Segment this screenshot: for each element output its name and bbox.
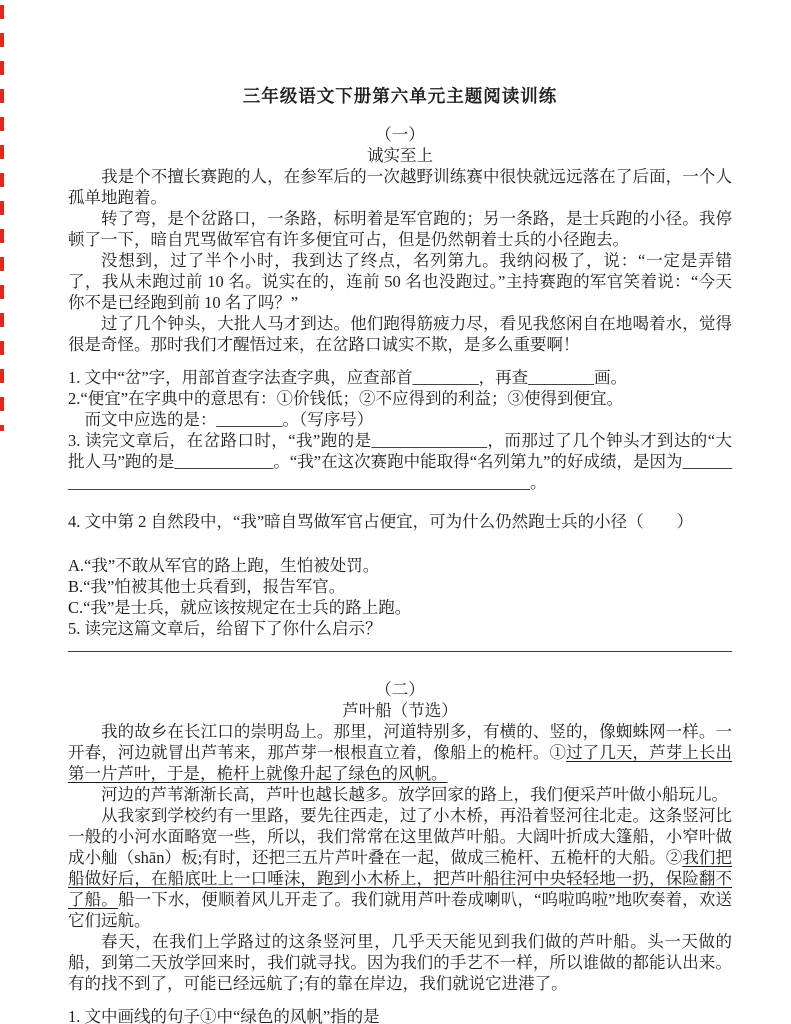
section1-title: 诚实至上: [68, 145, 732, 166]
paragraph-text: 船一下水，便顺着风儿开走了。我们就用芦叶卷成喇叭，“呜啦呜啦”地吹奏着，欢送它们…: [68, 890, 732, 930]
paragraph-text: 从我家到学校约有一里路，要先往西走，过了小木桥，再沿着竖河往北走。这条竖河比一般…: [68, 806, 732, 867]
section2-paragraph-4: 春天，在我们上学路过的这条竖河里，几乎天天能见到我们做的芦叶船。头一天做的船，到…: [68, 931, 732, 994]
section2-paragraph-2: 河边的芦苇渐渐长高，芦叶也越长越多。放学回家的路上，我们便采芦叶做小船玩儿。: [68, 784, 732, 805]
question-4-option-a: A.“我”不敢从军官的路上跑，生怕被处罚。: [68, 555, 732, 576]
left-margin-red-dashes: [0, 5, 4, 431]
question-3: 3. 读完文章后，在岔路口时，“我”跑的是______________，而那过了…: [68, 430, 732, 493]
question-4-option-c: C.“我”是士兵，就应该按规定在士兵的路上跑。: [68, 597, 732, 618]
section2-paragraph-1: 我的故乡在长江口的崇明岛上。那里，河道特别多，有横的、竖的，像蜘蛛网一样。一开春…: [68, 721, 732, 784]
question-4-option-b: B.“我”怕被其他士兵看到，报告军官。: [68, 576, 732, 597]
section2-question-1-clipped: 1. 文中画线的句子①中“绿色的风帆”指的是: [68, 1006, 732, 1024]
question-1: 1. 文中“岔”字，用部首查字法查字典，应查部首________，再查_____…: [68, 367, 732, 388]
section1-paragraph-1: 我是个不擅长赛跑的人，在参军后的一次越野训练赛中很快就远远落在了后面，一个人孤单…: [68, 166, 732, 208]
question-4: 4. 文中第 2 自然段中，“我”暗自骂做军官占便宜，可为什么仍然跑士兵的小径（…: [68, 511, 732, 532]
section2-paragraph-3: 从我家到学校约有一里路，要先往西走，过了小木桥，再沿着竖河往北走。这条竖河比一般…: [68, 805, 732, 931]
question-2-line2: 而文中应选的是：________。（写序号）: [85, 409, 733, 430]
section1-paragraph-4: 过了几个钟头，大批人马才到达。他们跑得筋疲力尽，看见我悠闲自在地喝着水，觉得很是…: [68, 313, 732, 355]
section1-number: （一）: [68, 124, 732, 145]
section2-number: （二）: [68, 679, 732, 700]
section-divider-line: [68, 651, 732, 652]
question-2-line1: 2.“便宜”在字典中的意思有：①价钱低；②不应得到的利益；③使得到便宜。: [68, 388, 732, 409]
section1-paragraph-3: 没想到，过了半个小时，我到达了终点，名列第九。我纳闷极了，说：“一定是弄错了，我…: [68, 250, 732, 313]
document-page: 三年级语文下册第六单元主题阅读训练 （一） 诚实至上 我是个不擅长赛跑的人，在参…: [68, 84, 732, 1024]
question-5: 5. 读完这篇文章后，给留下了你什么启示？: [68, 618, 732, 639]
page-title: 三年级语文下册第六单元主题阅读训练: [68, 84, 732, 108]
section1-paragraph-2: 转了弯，是个岔路口，一条路，标明着是军官跑的；另一条路，是士兵跑的小径。我停顿了…: [68, 208, 732, 250]
section2-title: 芦叶船（节选）: [68, 700, 732, 721]
